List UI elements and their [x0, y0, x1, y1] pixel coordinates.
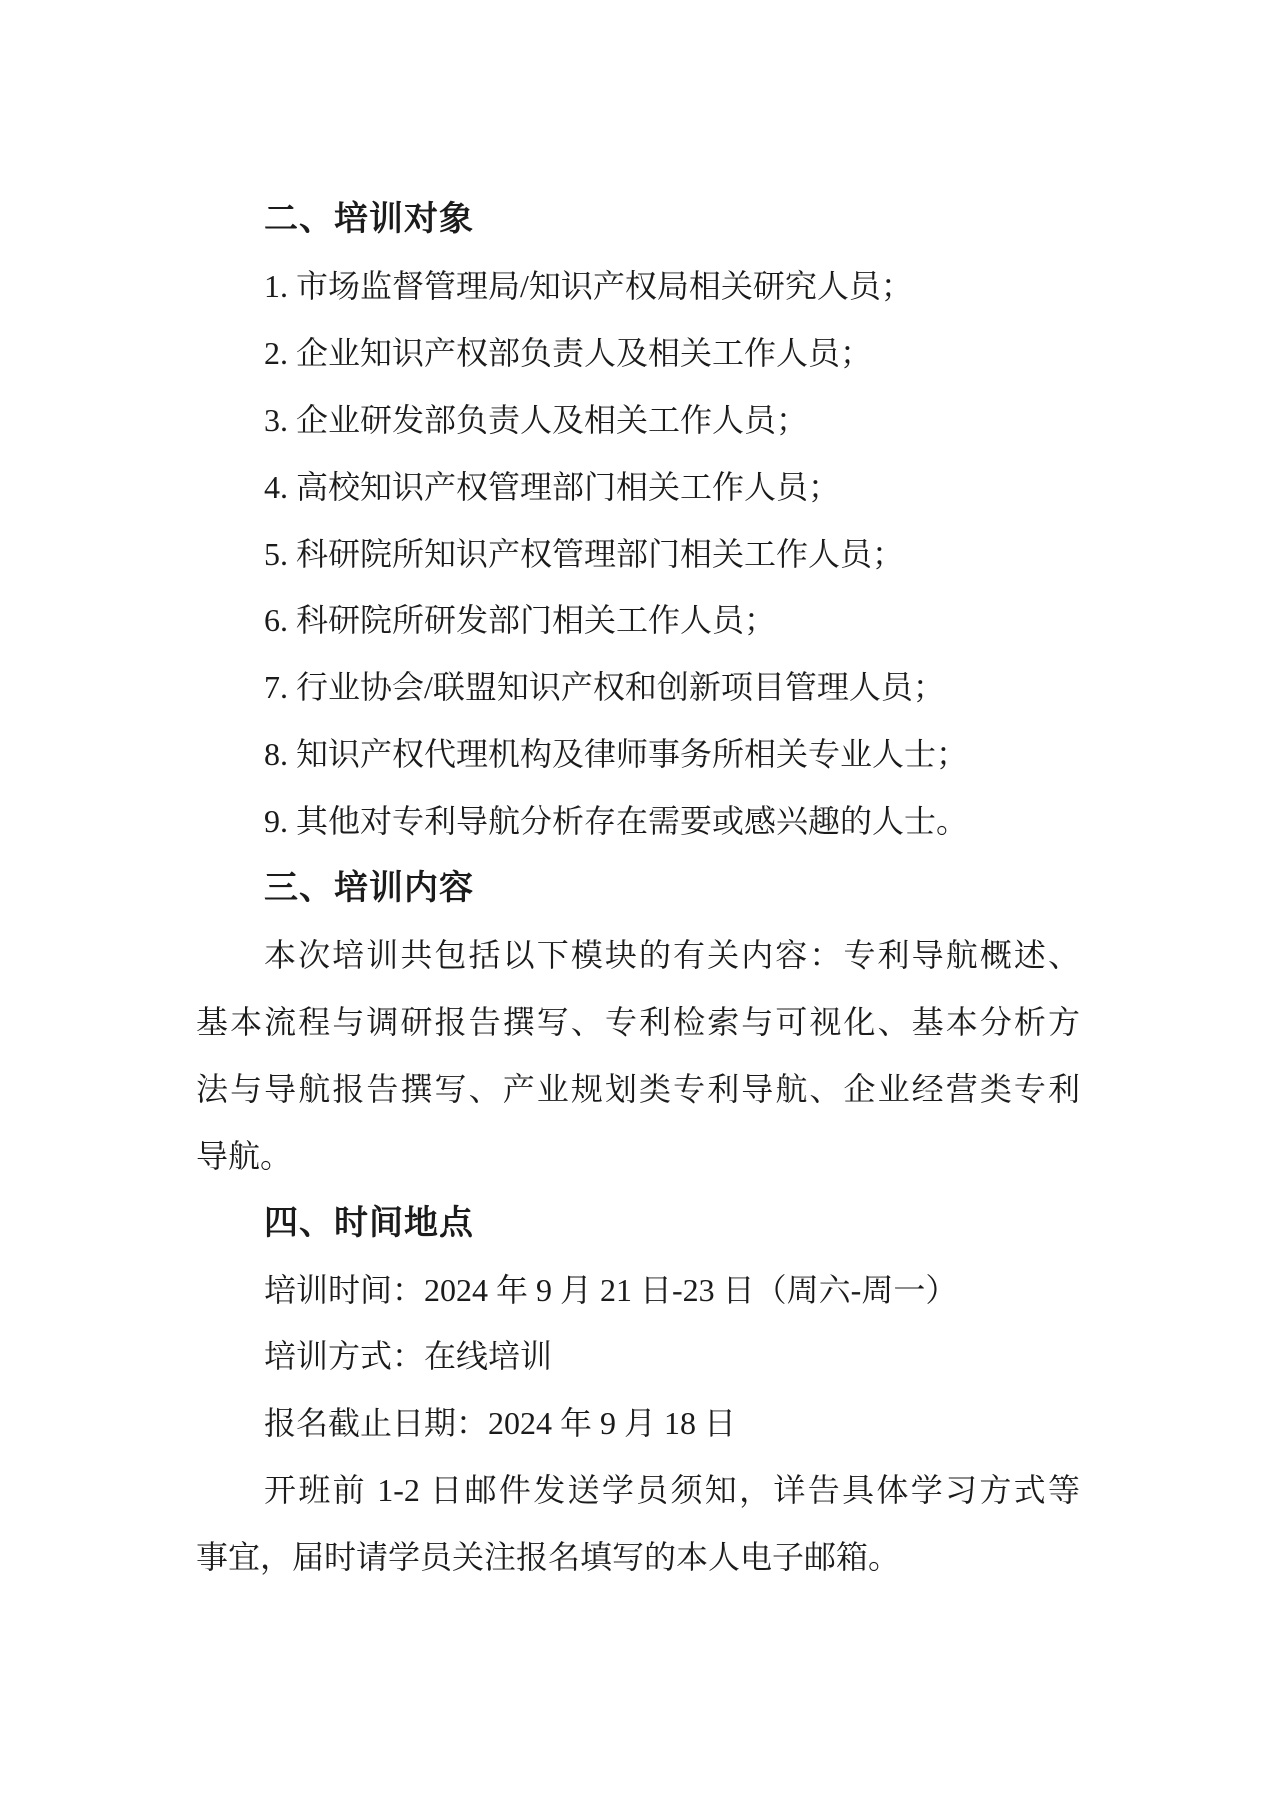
list-item: 1. 市场监督管理局/知识产权局相关研究人员； — [196, 253, 1080, 320]
detail-line-training-time: 培训时间：2024 年 9 月 21 日-23 日（周六-周一） — [196, 1257, 1080, 1324]
paragraph-line: 基本流程与调研报告撰写、专利检索与可视化、基本分析方 — [196, 989, 1080, 1056]
detail-line-registration-deadline: 报名截止日期：2024 年 9 月 18 日 — [196, 1390, 1080, 1457]
list-item: 9. 其他对专利导航分析存在需要或感兴趣的人士。 — [196, 788, 1080, 855]
detail-line-training-method: 培训方式：在线培训 — [196, 1323, 1080, 1390]
paragraph-line: 法与导航报告撰写、产业规划类专利导航、企业经营类专利 — [196, 1056, 1080, 1123]
section-heading-time-location: 四、时间地点 — [196, 1190, 1080, 1257]
document-page: 二、培训对象 1. 市场监督管理局/知识产权局相关研究人员； 2. 企业知识产权… — [0, 0, 1280, 1810]
paragraph-line: 本次培训共包括以下模块的有关内容：专利导航概述、 — [196, 922, 1080, 989]
list-item: 2. 企业知识产权部负责人及相关工作人员； — [196, 320, 1080, 387]
list-item: 7. 行业协会/联盟知识产权和创新项目管理人员； — [196, 654, 1080, 721]
note-line: 事宜，届时请学员关注报名填写的本人电子邮箱。 — [196, 1524, 1080, 1591]
paragraph-line: 导航。 — [196, 1123, 1080, 1190]
list-item: 8. 知识产权代理机构及律师事务所相关专业人士； — [196, 721, 1080, 788]
document-content: 二、培训对象 1. 市场监督管理局/知识产权局相关研究人员； 2. 企业知识产权… — [0, 0, 1280, 1591]
list-item: 6. 科研院所研发部门相关工作人员； — [196, 587, 1080, 654]
note-line: 开班前 1-2 日邮件发送学员须知，详告具体学习方式等 — [196, 1457, 1080, 1524]
section-heading-training-content: 三、培训内容 — [196, 855, 1080, 922]
section-heading-training-audience: 二、培训对象 — [196, 186, 1080, 253]
list-item: 3. 企业研发部负责人及相关工作人员； — [196, 387, 1080, 454]
list-item: 4. 高校知识产权管理部门相关工作人员； — [196, 454, 1080, 521]
list-item: 5. 科研院所知识产权管理部门相关工作人员； — [196, 521, 1080, 588]
